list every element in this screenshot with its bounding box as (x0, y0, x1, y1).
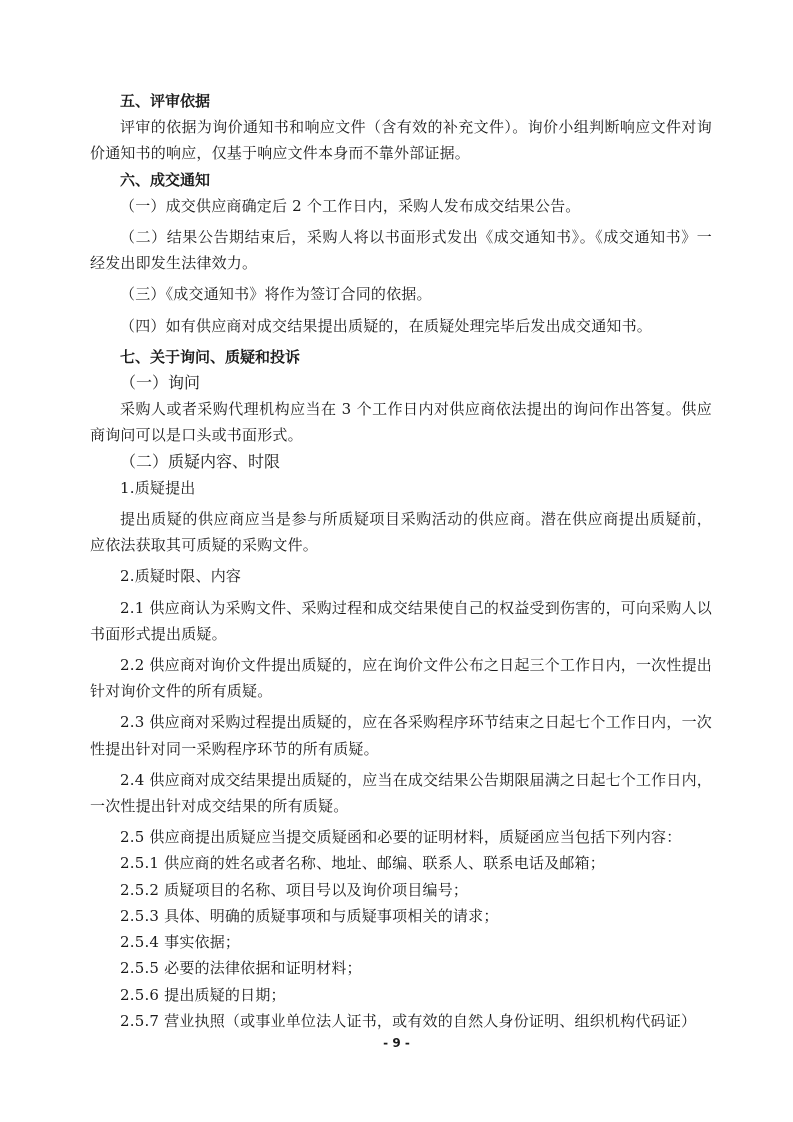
clause-2-4: 2.4 供应商对成交结果提出质疑的，应当在成交结果公告期限届满之日起七个工作日内… (90, 767, 712, 819)
section-heading-inquiry-complaint: 七、关于询问、质疑和投诉 (90, 344, 712, 370)
clause-2-5-6: 2.5.6 提出质疑的日期； (90, 982, 712, 1008)
clause-2-5-1: 2.5.1 供应商的姓名或者名称、地址、邮编、联系人、联系电话及邮箱； (90, 850, 712, 876)
clause-2-5: 2.5 供应商提出质疑应当提交质疑函和必要的证明材料，质疑函应当包括下列内容： (90, 824, 712, 850)
clause-2-5-5: 2.5.5 必要的法律依据和证明材料； (90, 955, 712, 981)
clause-2-1: 2.1 供应商认为采购文件、采购过程和成交结果使自己的权益受到伤害的，可向采购人… (90, 595, 712, 647)
paragraph-review-basis: 评审的依据为询价通知书和响应文件（含有效的补充文件）。询价小组判断响应文件对询价… (90, 114, 712, 166)
award-item-4: （四）如有供应商对成交结果提出质疑的，在质疑处理完毕后发出成交通知书。 (90, 313, 712, 339)
section-heading-award-notice: 六、成交通知 (90, 167, 712, 193)
item-challenge-raising-title: 1.质疑提出 (90, 475, 712, 501)
clause-2-3: 2.3 供应商对采购过程提出质疑的，应在各采购程序环节结束之日起七个工作日内，一… (90, 709, 712, 761)
section-heading-review-basis: 五、评审依据 (90, 88, 712, 114)
subheading-challenge-content: （二）质疑内容、时限 (90, 449, 712, 475)
clause-2-5-3: 2.5.3 具体、明确的质疑事项和与质疑事项相关的请求； (90, 903, 712, 929)
document-page: 五、评审依据 评审的依据为询价通知书和响应文件（含有效的补充文件）。询价小组判断… (90, 88, 712, 1034)
award-item-2: （二）结果公告期结束后，采购人将以书面形式发出《成交通知书》。《成交通知书》一经… (90, 224, 712, 276)
award-item-3: （三）《成交通知书》将作为签订合同的依据。 (90, 281, 712, 307)
clause-2-5-7: 2.5.7 营业执照（或事业单位法人证书，或有效的自然人身份证明、组织机构代码证… (90, 1008, 712, 1034)
clause-2-5-2: 2.5.2 质疑项目的名称、项目号以及询价项目编号； (90, 877, 712, 903)
subheading-inquiry: （一）询问 (90, 370, 712, 396)
award-item-1: （一）成交供应商确定后 2 个工作日内，采购人发布成交结果公告。 (90, 193, 712, 219)
item-challenge-time-title: 2.质疑时限、内容 (90, 563, 712, 589)
paragraph-challenge-raising: 提出质疑的供应商应当是参与所质疑项目采购活动的供应商。潜在供应商提出质疑前，应依… (90, 506, 712, 558)
page-number: - 9 - (0, 1036, 793, 1050)
clause-2-2: 2.2 供应商对询价文件提出质疑的，应在询价文件公布之日起三个工作日内，一次性提… (90, 652, 712, 704)
clause-2-5-4: 2.5.4 事实依据； (90, 929, 712, 955)
paragraph-inquiry: 采购人或者采购代理机构应当在 3 个工作日内对供应商依法提出的询问作出答复。供应… (90, 396, 712, 448)
